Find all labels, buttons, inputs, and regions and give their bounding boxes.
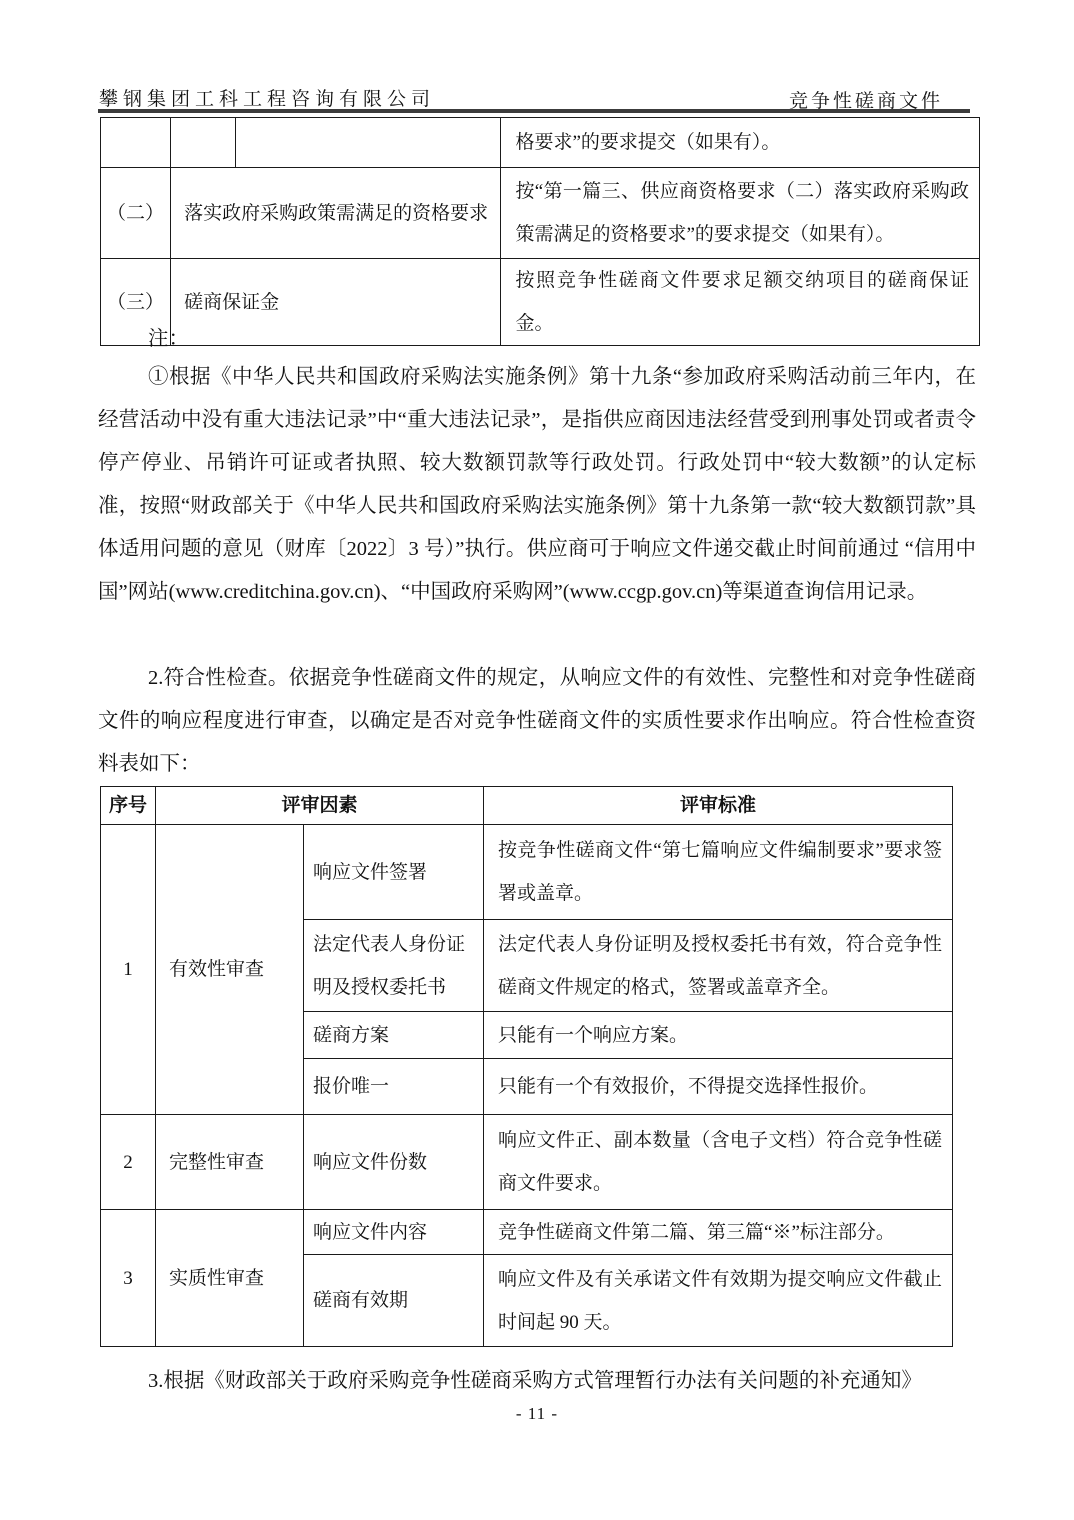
body-paragraph-2: 2.符合性检查。依据竞争性磋商文件的规定，从响应文件的有效性、完整性和对竞争性磋…	[98, 657, 976, 786]
standard-cell: 只能有一个响应方案。	[484, 1012, 953, 1059]
standard-cell: 响应文件正、副本数量（含电子文档）符合竞争性磋商文件要求。	[484, 1115, 953, 1210]
col-header-no: 序号	[101, 787, 156, 825]
qualification-requirements-table: 格要求”的要求提交（如果有）。 （二） 落实政府采购政策需满足的资格要求 按“第…	[100, 117, 980, 346]
carryover-index-cell	[101, 118, 171, 168]
header-rule	[98, 109, 970, 113]
carryover-row: 格要求”的要求提交（如果有）。	[101, 118, 980, 168]
carryover-sub-cell	[171, 118, 236, 168]
factor-cell: 响应文件内容	[304, 1210, 484, 1255]
row-no-cell: 3	[101, 1210, 156, 1347]
factor-cell: 报价唯一	[304, 1059, 484, 1115]
standard-cell: 按竞争性磋商文件“第七篇响应文件编制要求”要求签署或盖章。	[484, 825, 953, 920]
factor-cell: 响应文件份数	[304, 1115, 484, 1210]
factor-cell: 磋商有效期	[304, 1255, 484, 1347]
table-row: 3 实质性审查 响应文件内容 竞争性磋商文件第二篇、第三篇“※”标注部分。	[101, 1210, 953, 1255]
row-no-cell: 2	[101, 1115, 156, 1210]
category-cell: 有效性审查	[156, 825, 304, 1115]
col-header-standard: 评审标准	[484, 787, 953, 825]
carryover-standard-cell: 格要求”的要求提交（如果有）。	[501, 118, 980, 168]
factor-cell: 磋商方案	[304, 1012, 484, 1059]
col-header-factor: 评审因素	[156, 787, 484, 825]
table-row: （二） 落实政府采购政策需满足的资格要求 按“第一篇三、供应商资格要求（二）落实…	[101, 168, 980, 259]
standard-cell: 只能有一个有效报价，不得提交选择性报价。	[484, 1059, 953, 1115]
body-paragraph-3: 3.根据《财政部关于政府采购竞争性磋商采购方式管理暂行办法有关问题的补充通知》	[98, 1360, 976, 1403]
standard-cell: 竞争性磋商文件第二篇、第三篇“※”标注部分。	[484, 1210, 953, 1255]
carryover-factor-cell	[236, 118, 501, 168]
row-no-cell: 1	[101, 825, 156, 1115]
factor-cell: 响应文件签署	[304, 825, 484, 920]
standard-cell: 法定代表人身份证明及授权委托书有效，符合竞争性磋商文件规定的格式，签署或盖章齐全…	[484, 920, 953, 1012]
page-number: - 11 -	[0, 1404, 1074, 1424]
row-index-cell: （二）	[101, 168, 171, 259]
standard-cell: 按“第一篇三、供应商资格要求（二）落实政府采购政策需满足的资格要求”的要求提交（…	[501, 168, 980, 259]
table-row: 2 完整性审查 响应文件份数 响应文件正、副本数量（含电子文档）符合竞争性磋商文…	[101, 1115, 953, 1210]
compliance-check-table: 序号 评审因素 评审标准 1 有效性审查 响应文件签署 按竞争性磋商文件“第七篇…	[100, 786, 953, 1347]
header-row: 序号 评审因素 评审标准	[101, 787, 953, 825]
company-name: 攀钢集团工科工程咨询有限公司	[99, 84, 435, 111]
factor-cell: 落实政府采购政策需满足的资格要求	[171, 168, 501, 259]
table-row: 1 有效性审查 响应文件签署 按竞争性磋商文件“第七篇响应文件编制要求”要求签署…	[101, 825, 953, 920]
standard-cell: 响应文件及有关承诺文件有效期为提交响应文件截止时间起 90 天。	[484, 1255, 953, 1347]
document-page: 攀钢集团工科工程咨询有限公司 竞争性磋商文件 格要求”的要求提交（如果有）。 （…	[0, 0, 1074, 1520]
category-cell: 实质性审查	[156, 1210, 304, 1347]
category-cell: 完整性审查	[156, 1115, 304, 1210]
note-paragraph-1: ①根据《中华人民共和国政府采购法实施条例》第十九条“参加政府采购活动前三年内，在…	[98, 356, 976, 614]
factor-cell: 法定代表人身份证明及授权委托书	[304, 920, 484, 1012]
notes-label: 注：	[98, 318, 976, 361]
